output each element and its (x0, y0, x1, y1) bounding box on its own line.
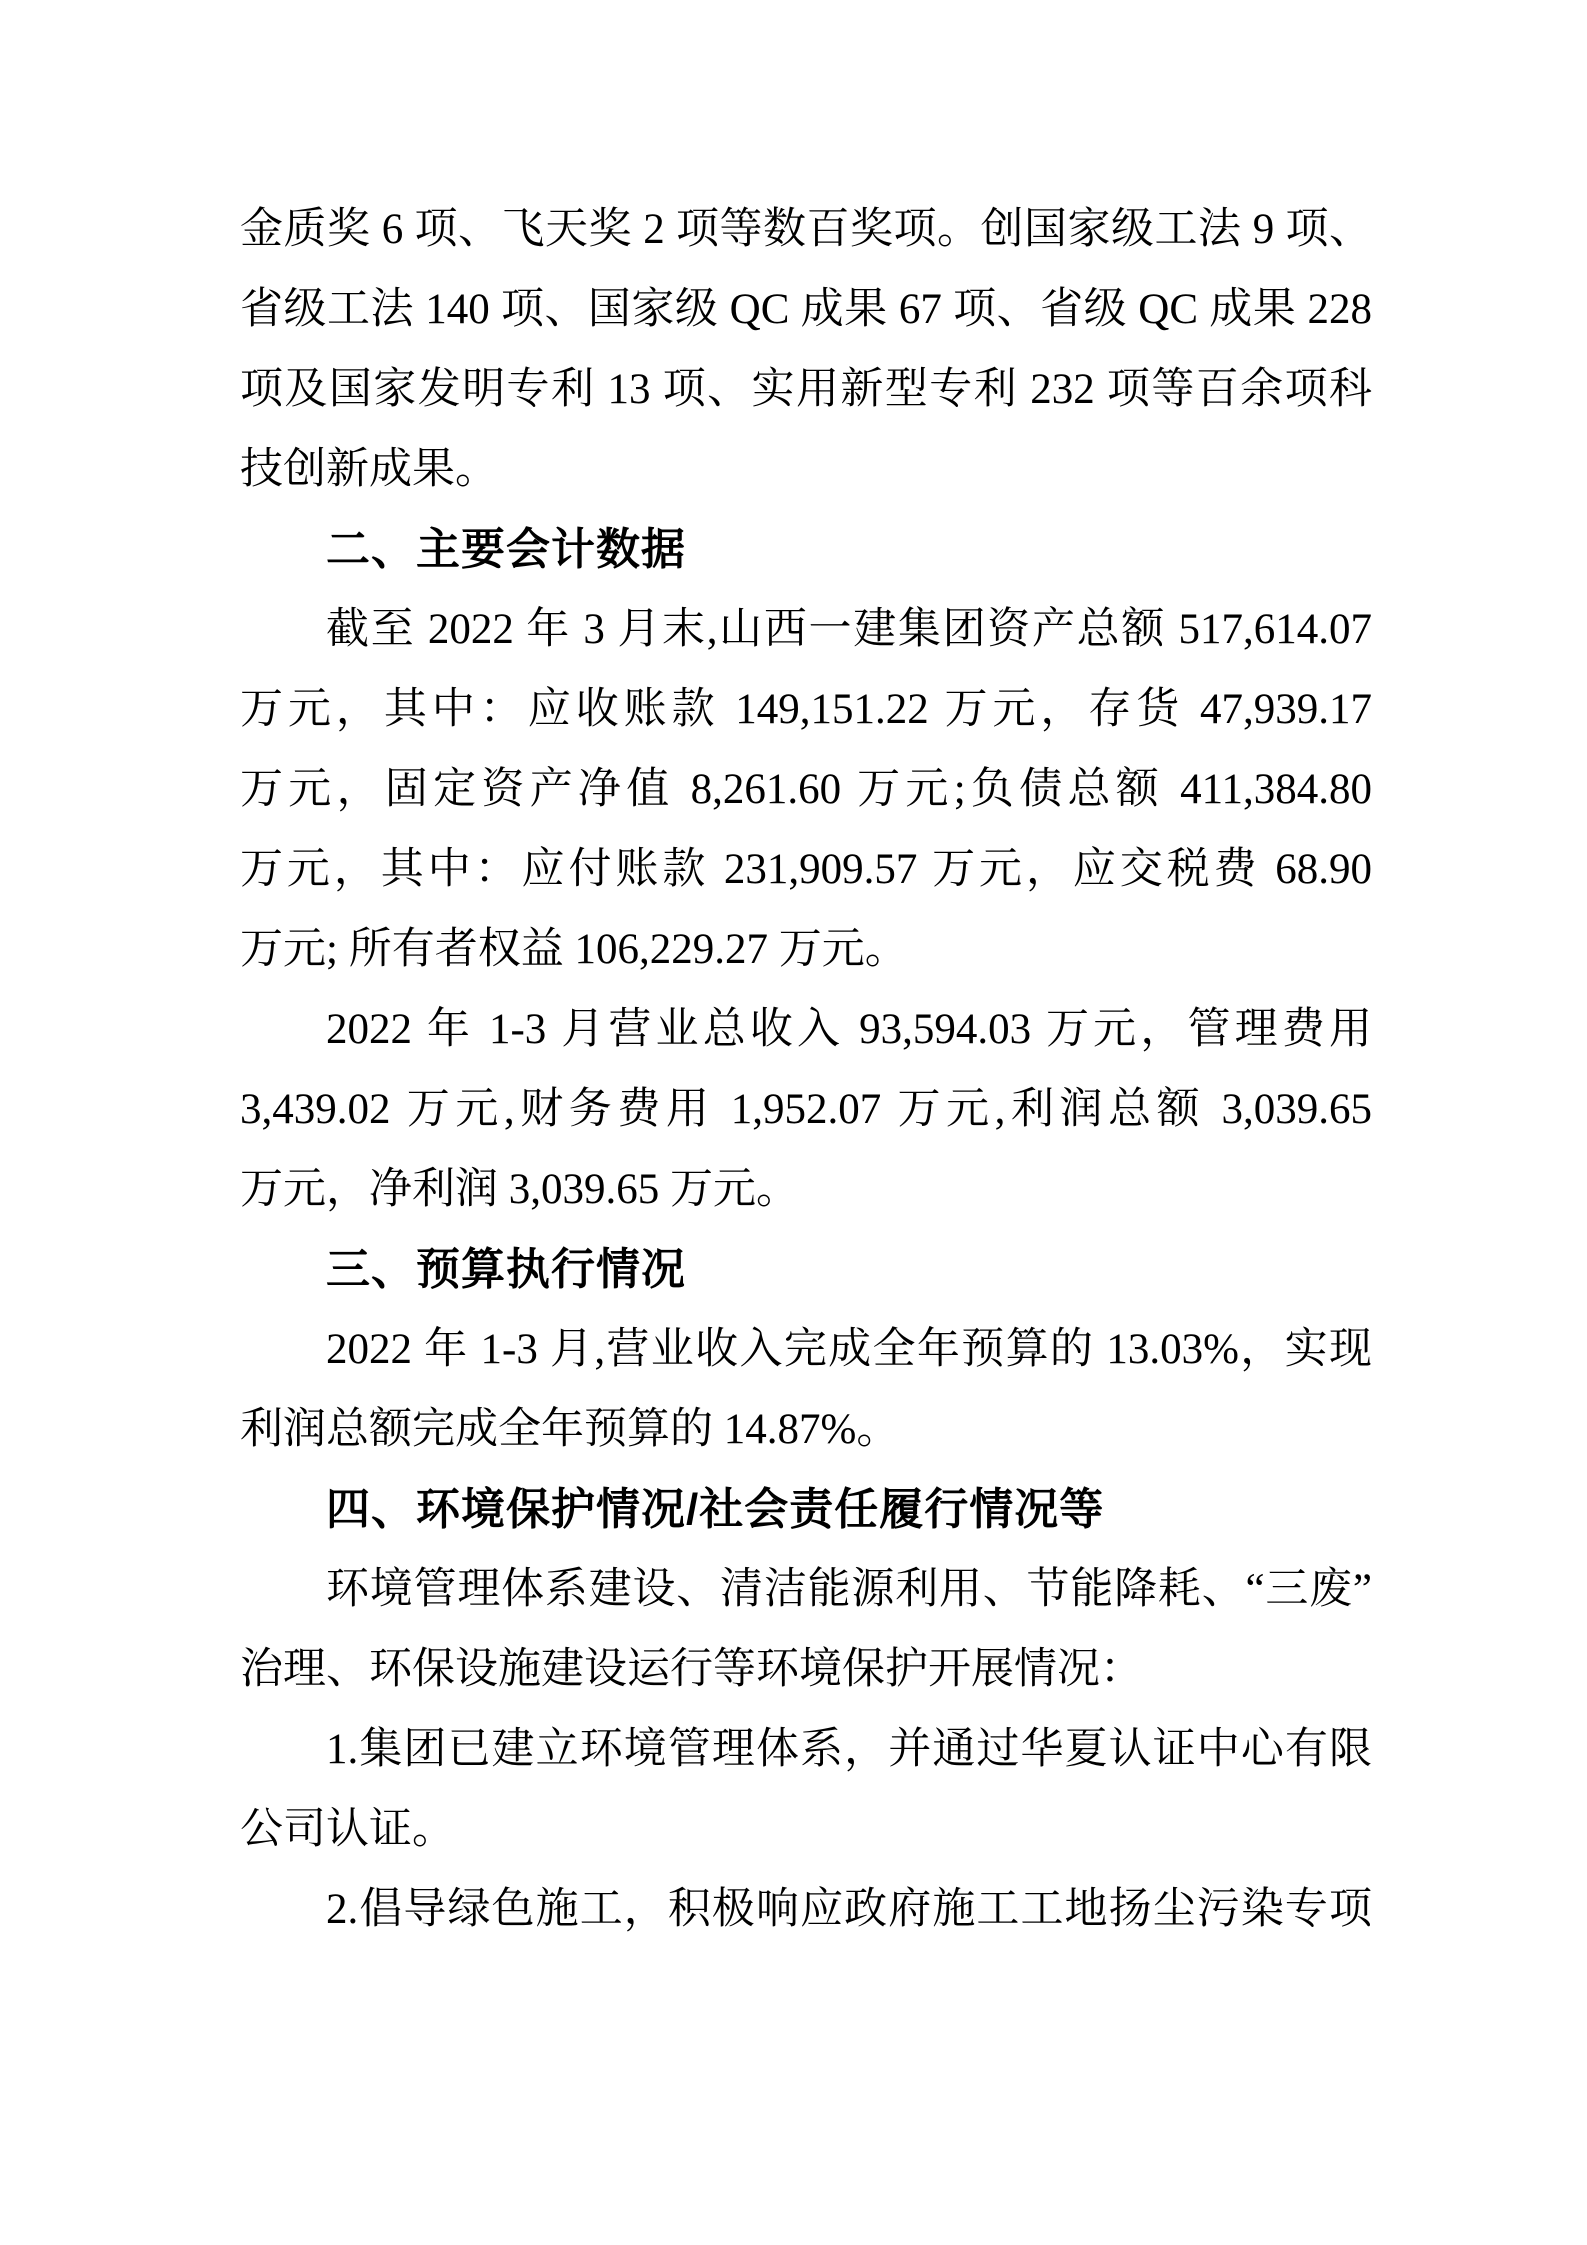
text-line: 万元; 所有者权益 106,229.27 万元。 (240, 910, 1372, 990)
section-heading: 四、环境保护情况/社会责任履行情况等 (240, 1470, 1372, 1550)
text-line: 万元，其中：应收账款 149,151.22 万元，存货 47,939.17 (240, 670, 1372, 750)
text-line: 万元，净利润 3,039.65 万元。 (240, 1150, 1372, 1230)
text-line: 治理、环保设施建设运行等环境保护开展情况： (240, 1630, 1372, 1710)
text-line: 2022 年 1-3 月,营业收入完成全年预算的 13.03%，实现 (240, 1310, 1372, 1390)
text-line: 环境管理体系建设、清洁能源利用、节能降耗、“三废” (240, 1550, 1372, 1630)
text-line: 万元，固定资产净值 8,261.60 万元;负债总额 411,384.80 (240, 750, 1372, 830)
text-line: 2.倡导绿色施工，积极响应政府施工工地扬尘污染专项 (240, 1870, 1372, 1950)
text-line: 公司认证。 (240, 1790, 1372, 1870)
text-line: 万元，其中：应付账款 231,909.57 万元，应交税费 68.90 (240, 830, 1372, 910)
document-text-block: 金质奖 6 项、飞天奖 2 项等数百奖项。创国家级工法 9 项、省级工法 140… (240, 190, 1372, 1950)
section-heading: 二、主要会计数据 (240, 510, 1372, 590)
text-line: 3,439.02 万元,财务费用 1,952.07 万元,利润总额 3,039.… (240, 1070, 1372, 1150)
text-line: 项及国家发明专利 13 项、实用新型专利 232 项等百余项科 (240, 350, 1372, 430)
text-line: 2022 年 1-3 月营业总收入 93,594.03 万元，管理费用 (240, 990, 1372, 1070)
text-line: 利润总额完成全年预算的 14.87%。 (240, 1390, 1372, 1470)
text-line: 1.集团已建立环境管理体系，并通过华夏认证中心有限 (240, 1710, 1372, 1790)
text-line: 省级工法 140 项、国家级 QC 成果 67 项、省级 QC 成果 228 (240, 270, 1372, 350)
document-page: 金质奖 6 项、飞天奖 2 项等数百奖项。创国家级工法 9 项、省级工法 140… (0, 0, 1587, 2245)
section-heading: 三、预算执行情况 (240, 1230, 1372, 1310)
text-line: 技创新成果。 (240, 430, 1372, 510)
text-line: 金质奖 6 项、飞天奖 2 项等数百奖项。创国家级工法 9 项、 (240, 190, 1372, 270)
text-line: 截至 2022 年 3 月末,山西一建集团资产总额 517,614.07 (240, 590, 1372, 670)
